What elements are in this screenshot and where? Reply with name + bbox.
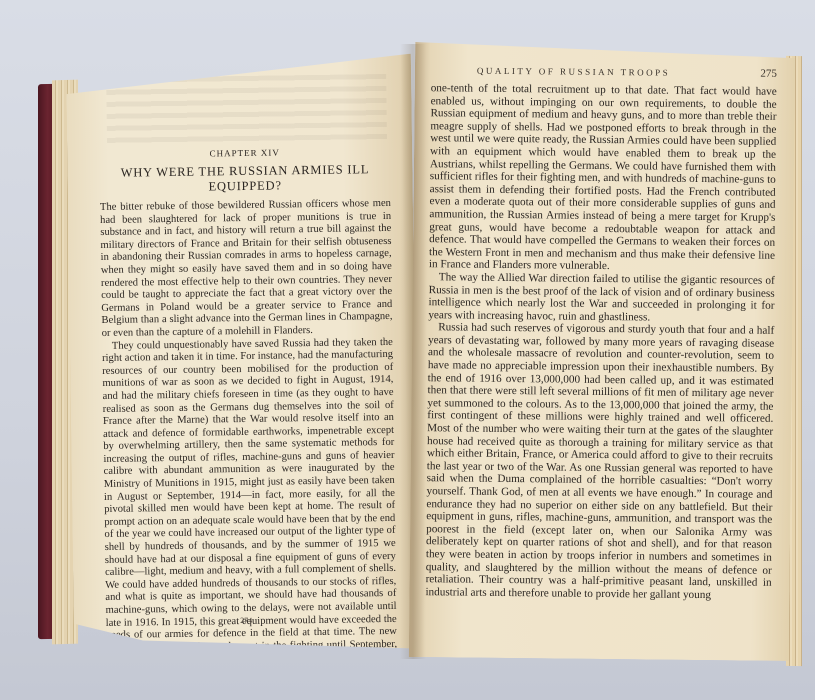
running-head-title: QUALITY OF RUSSIAN TROOPS [477,66,670,78]
running-head: QUALITY OF RUSSIAN TROOPS 275 [431,64,777,80]
paragraph: The bitter rebuke of those bewildered Ru… [100,198,393,341]
right-page: QUALITY OF RUSSIAN TROOPS 275 one-tenth … [409,42,795,661]
chapter-title: WHY WERE THE RUSSIAN ARMIES ILL EQUIPPED… [99,162,390,196]
show-through-text [106,74,387,148]
open-book: CHAPTER XIV WHY WERE THE RUSSIAN ARMIES … [0,0,815,700]
page-number-right: 275 [760,68,777,80]
paragraph: The way the Allied War direction failed … [428,271,775,325]
right-page-body: one-tenth of the total recruitment up to… [425,82,776,602]
paragraph: Russia had such reserves of vigorous and… [425,321,774,602]
left-page-body: The bitter rebuke of those bewildered Ru… [100,198,397,653]
paragraph: one-tenth of the total recruitment up to… [429,82,777,275]
chapter-label: CHAPTER XIV [99,146,390,160]
left-page: CHAPTER XIV WHY WERE THE RUSSIAN ARMIES … [66,54,419,654]
paragraph: They could unquestionably have saved Rus… [102,336,398,653]
